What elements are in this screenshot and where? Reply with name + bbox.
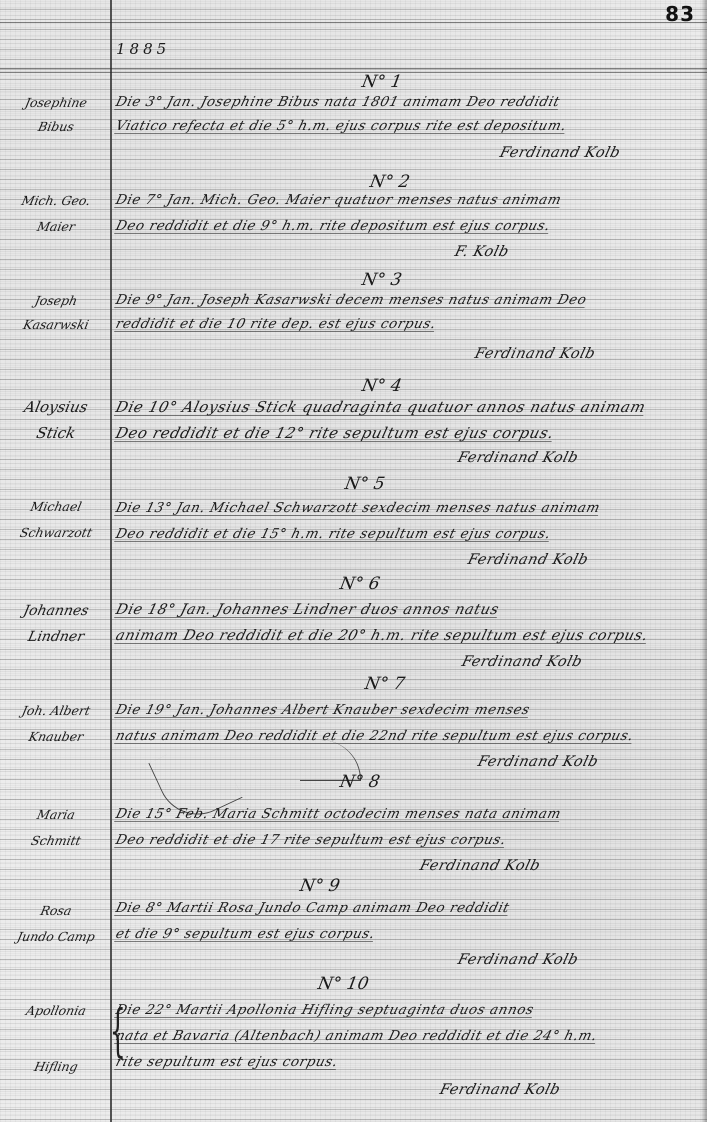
register-page: 83 1885 N° 1 Josephine Bibus Die 3° Jan.…: [0, 0, 707, 1122]
margin-name-last: Bibus: [1, 114, 111, 140]
entry-text-line: Viatico refecta et die 5° h.m. ejus corp…: [114, 118, 703, 134]
priest-signature: Ferdinand Kolb: [476, 754, 600, 770]
entry-number: N° 2: [368, 172, 411, 192]
register-year: 1885: [116, 40, 170, 58]
margin-name-first: Joseph: [1, 288, 111, 314]
margin-name-last: Schwarzott: [1, 520, 111, 546]
priest-signature: F. Kolb: [453, 244, 511, 260]
entry-number: N° 10: [316, 974, 370, 994]
margin-name-last: Knauber: [1, 724, 111, 750]
margin-name-first: Joh. Albert: [1, 698, 111, 724]
entry-text-line: animam Deo reddidit et die 20° h.m. rite…: [114, 628, 703, 644]
entry-text-line: Die 7° Jan. Mich. Geo. Maier quatuor men…: [114, 192, 703, 208]
entry-text-line: Die 9° Jan. Joseph Kasarwski decem mense…: [114, 292, 703, 308]
priest-signature: Ferdinand Kolb: [498, 145, 622, 161]
priest-signature: Ferdinand Kolb: [456, 450, 580, 466]
page-number: 83: [665, 2, 695, 26]
entry-text-line: et die 9° sepultum est ejus corpus.: [114, 926, 703, 942]
entry-text-line: Deo reddidit et die 12° rite sepultum es…: [114, 424, 703, 442]
entry-text-line: reddidit et die 10 rite dep. est ejus co…: [114, 316, 703, 332]
entry-text-line: Deo reddidit et die 9° h.m. rite deposit…: [114, 218, 703, 234]
entry-number: N° 7: [363, 674, 406, 694]
margin-rule: [110, 0, 112, 1122]
priest-signature: Ferdinand Kolb: [460, 654, 584, 670]
priest-signature: Ferdinand Kolb: [418, 858, 542, 874]
priest-signature: Ferdinand Kolb: [466, 552, 590, 568]
priest-signature: Ferdinand Kolb: [438, 1082, 562, 1098]
entry-text-line: Deo reddidit et die 17 rite sepultum est…: [114, 832, 703, 848]
priest-signature: Ferdinand Kolb: [456, 952, 580, 968]
priest-signature: Ferdinand Kolb: [473, 346, 597, 362]
entry-text-line: Deo reddidit et die 15° h.m. rite sepult…: [114, 526, 703, 542]
margin-name-first: Josephine: [1, 90, 111, 116]
entry-number: N° 3: [360, 270, 403, 290]
entry-text-line: Die 10° Aloysius Stick quadraginta quatu…: [114, 398, 703, 416]
entry-number: N° 4: [360, 376, 403, 396]
margin-name-last: Schmitt: [1, 828, 111, 854]
margin-name-first: Michael: [1, 494, 111, 520]
margin-name-last: Stick: [1, 420, 111, 446]
entry-number: N° 5: [343, 474, 386, 494]
entry-text-line: nata et Bavaria (Altenbach) animam Deo r…: [114, 1028, 703, 1044]
entry-text-line: Die 18° Jan. Johannes Lindner duos annos…: [114, 602, 703, 618]
margin-name-last: Kasarwski: [1, 312, 111, 338]
entry-text-line: rite sepultum est ejus corpus.: [114, 1054, 703, 1070]
ruled-line: [0, 72, 707, 73]
ruled-line: [0, 22, 707, 23]
margin-name-last: Maier: [1, 214, 111, 240]
margin-name-last: Lindner: [1, 624, 111, 650]
margin-name-last: Hifling: [1, 1054, 111, 1080]
entry-text-line: Die 15° Feb. Maria Schmitt octodecim men…: [114, 806, 703, 822]
margin-name-first: Aloysius: [1, 394, 111, 420]
entry-text-line: Die 19° Jan. Johannes Albert Knauber sex…: [114, 702, 703, 718]
entry-text-line: Die 8° Martii Rosa Jundo Camp animam Deo…: [114, 900, 703, 916]
entry-text-line: Die 22° Martii Apollonia Hifling septuag…: [114, 1002, 703, 1018]
entry-text-line: Die 13° Jan. Michael Schwarzott sexdecim…: [114, 500, 703, 516]
margin-name-first: Maria: [1, 802, 111, 828]
entry-number: N° 6: [338, 574, 381, 594]
margin-name-first: Rosa: [1, 898, 111, 924]
margin-name-last: Jundo Camp: [1, 924, 111, 950]
page-edge-shadow: [701, 0, 707, 1122]
ruled-line: [0, 68, 707, 69]
entry-number: N° 1: [360, 72, 403, 92]
entry-number: N° 9: [298, 876, 341, 896]
entry-text-line: Die 3° Jan. Josephine Bibus nata 1801 an…: [114, 94, 703, 110]
margin-name-first: Apollonia: [1, 998, 111, 1024]
entry-number: N° 8: [338, 772, 381, 792]
paper-texture: [0, 0, 707, 1122]
margin-name-first: Johannes: [1, 598, 111, 624]
margin-name-first: Mich. Geo.: [1, 188, 111, 214]
